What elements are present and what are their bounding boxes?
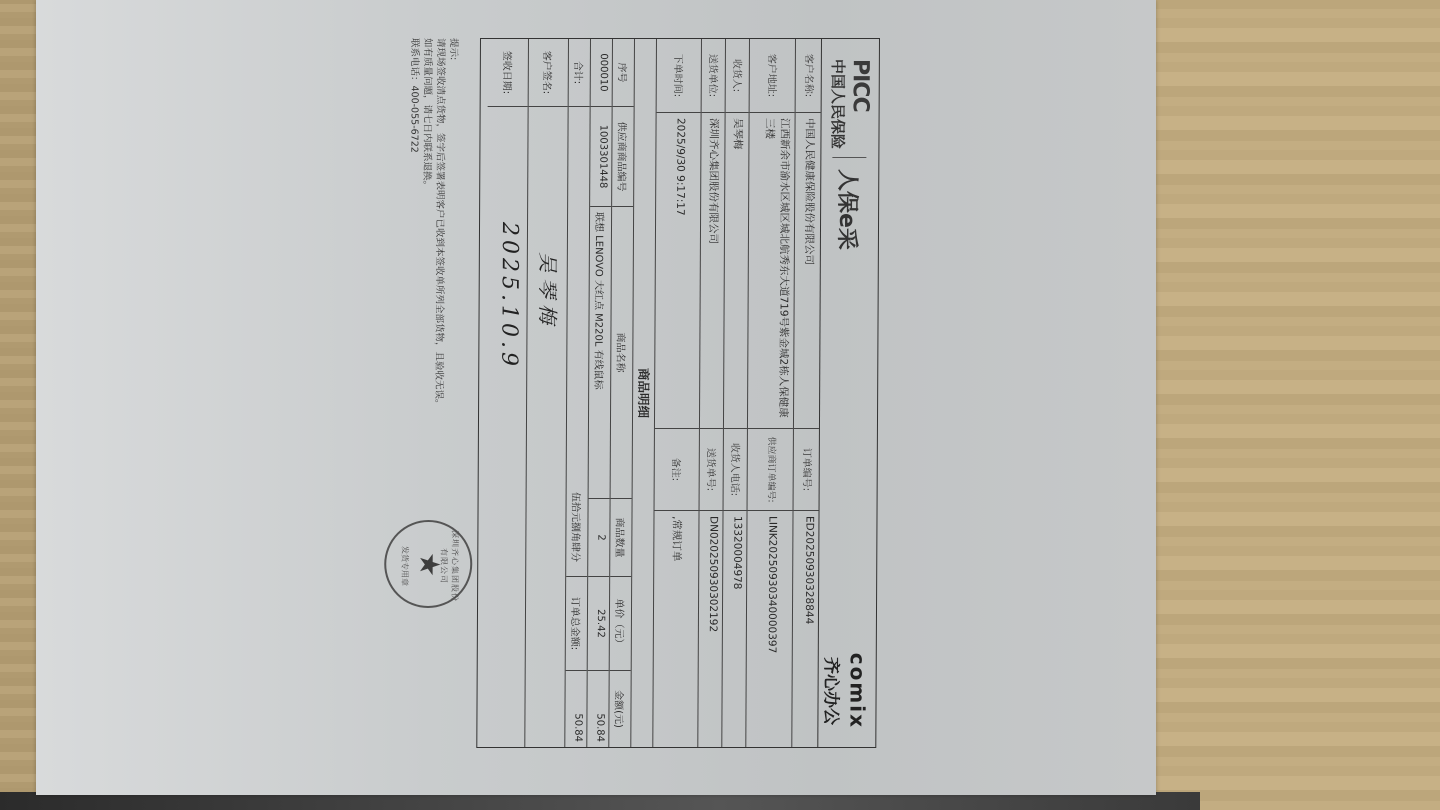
info-row-customer: 客户名称: 中国人民健康保险股份有限公司 订单编号: ED20250930328… [791, 39, 821, 747]
goods-header-row: 序号 供应商商品编号 商品名称 商品数量 单价（元） 金额(元) [608, 39, 634, 747]
customer-name-label: 客户名称: [796, 39, 821, 113]
receiver-phone: 13320004978 [722, 511, 746, 747]
logo-divider [832, 157, 866, 158]
receiver-label: 收货人: [726, 39, 749, 113]
renbao-ecai-logo: 人保e采 [833, 169, 864, 250]
tips: 提示: 请现场签收清点货物，签字后签署表明客户已收到本签收单所列全部货物，且验收… [404, 38, 460, 748]
supplier-order-label: 供应商订单编号: [748, 429, 793, 511]
customer-sign-row: 客户签名: 吴琴梅 [524, 39, 568, 747]
col-qty: 商品数量 [610, 499, 631, 577]
desk-surface-right [1150, 0, 1440, 810]
delivery-receipt: PICC 中国人民保险 人保e采 comix 齐心办公 客户名称: 中国人民健康… [406, 38, 880, 748]
row-seq: 000010 [591, 39, 612, 107]
comix-logo: comix [845, 653, 869, 729]
receipt-frame: PICC 中国人民保险 人保e采 comix 齐心办公 客户名称: 中国人民健康… [476, 38, 880, 748]
col-seq: 序号 [613, 39, 634, 107]
sum-label: 合计: [569, 39, 590, 107]
info-row-address: 客户地址: 江西新余市渝水区城区城北航秀东大道719号紫金城2栋人保健康三楼 供… [745, 39, 795, 747]
order-no-label: 订单编号: [794, 429, 819, 511]
sign-date-label: 签收日期: [488, 39, 528, 107]
remark-label: 备注: [655, 429, 699, 511]
address-label: 客户地址: [750, 39, 795, 113]
row-unit-price: 25.42 [588, 577, 609, 671]
info-row-receiver: 收货人: 吴琴梅 收货人电话: 13320004978 [721, 39, 749, 747]
table-row: 000010 1003301448 联想 LENOVO 大红点 M220L 有线… [586, 39, 612, 747]
picc-logo: PICC [848, 59, 873, 112]
remark: ,常规订单 [653, 511, 698, 747]
total-amount: 50.84 [565, 671, 586, 747]
desk-surface-left [0, 0, 40, 810]
info-row-delivery: 送货单位: 深圳齐心集团股份有限公司 送货单号: DN0202509303021… [697, 39, 725, 747]
total-label: 订单总金额: [566, 577, 587, 671]
address: 江西新余市渝水区城区城北航秀东大道719号紫金城2栋人保健康三楼 [748, 113, 795, 429]
order-time: 2025/9/30 9:17:17 [655, 113, 701, 429]
goods-title: 商品明细 [630, 39, 656, 747]
sign-date-row: 签收日期: 2025.10.9 [484, 39, 528, 747]
receiver-phone-label: 收货人电话: [724, 429, 747, 511]
row-supplier-code: 1003301448 [590, 107, 612, 207]
row-qty: 2 [588, 499, 609, 577]
sum-in-words: 伍拾元捌角肆分 [566, 107, 589, 577]
delivery-no: DN020250930302192 [698, 511, 722, 747]
order-no: ED20250930328844 [792, 511, 818, 747]
picc-logo-cn: 中国人民保险 [827, 59, 848, 149]
col-supplier-code: 供应商商品编号 [612, 107, 634, 207]
goods-table: 序号 供应商商品编号 商品名称 商品数量 单价（元） 金额(元) 000010 … [484, 39, 634, 747]
col-amount: 金额(元) [609, 671, 630, 747]
goods-sum-row: 合计: 伍拾元捌角肆分 订单总金额: 50.84 [564, 39, 590, 747]
row-amount: 50.84 [587, 671, 608, 747]
col-unit-price: 单价（元） [610, 577, 631, 671]
receipt-header: PICC 中国人民保险 人保e采 comix 齐心办公 [817, 39, 879, 747]
order-info: 客户名称: 中国人民健康保险股份有限公司 订单编号: ED20250930328… [652, 39, 821, 747]
delivery-no-label: 送货单号: [700, 429, 723, 511]
delivery-unit-label: 送货单位: [702, 39, 725, 113]
col-name: 商品名称 [611, 207, 634, 499]
comix-logo-cn: 齐心办公 [820, 657, 845, 725]
supplier-order-no: LINK20250930340000397 [746, 511, 792, 747]
customer-signature: 吴琴梅 [527, 247, 566, 335]
sign-date: 2025.10.9 [484, 217, 525, 375]
order-time-label: 下单时间: [657, 39, 701, 113]
customer-name: 中国人民健康保险股份有限公司 [794, 113, 821, 429]
delivery-unit: 深圳齐心集团股份有限公司 [700, 113, 725, 429]
row-name: 联想 LENOVO 大红点 M220L 有线鼠标 [589, 207, 612, 499]
info-row-time: 下单时间: 2025/9/30 9:17:17 备注: ,常规订单 [652, 39, 701, 747]
receiver: 吴琴梅 [724, 113, 749, 429]
customer-sign-label: 客户签名: [529, 39, 568, 107]
